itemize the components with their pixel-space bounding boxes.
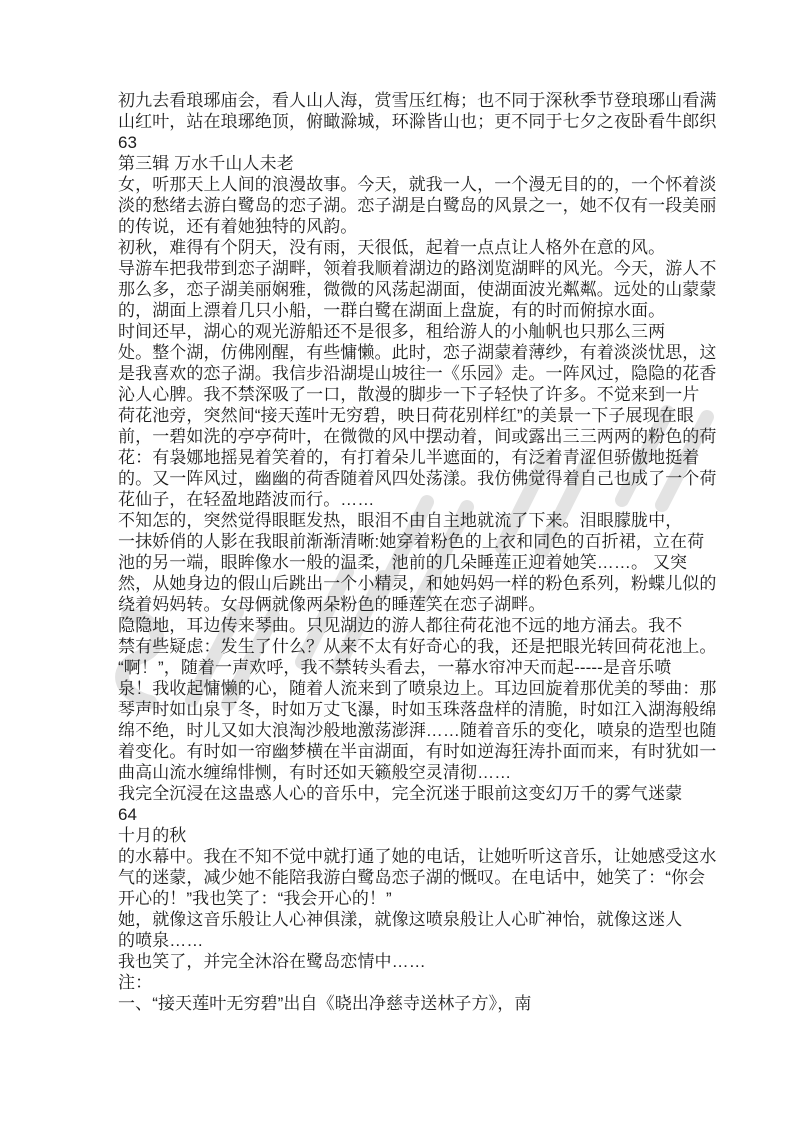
text-line: 花：有袅娜地摇晃着笑着的，有打着朵儿半遮面的，有泛着青涩但骄傲地挺着 <box>118 447 758 468</box>
text-line: 初秋，难得有个阴天，没有雨，天很低，起着一点点让人格外在意的风。 <box>118 237 758 258</box>
text-line: 的水幕中。我在不知不觉中就打通了她的电话，让她听听这音乐，让她感受这水 <box>118 846 758 867</box>
text-line: 着变化。有时如一帘幽梦横在半亩湖面，有时如逆海狂涛扑面而来，有时犹如一 <box>118 741 758 762</box>
text-line: 绕着妈妈转。女母俩就像两朵粉色的睡莲笑在恋子湖畔。 <box>118 594 758 615</box>
text-line: 琴声时如山泉丁冬，时如万丈飞瀑，时如玉珠落盘样的清脆，时如江入湖海般绵 <box>118 699 758 720</box>
text-line: 她，就像这音乐般让人心神俱漾，就像这喷泉般让人心旷神怡，就像这迷人 <box>118 909 758 930</box>
text-line: 处。整个湖，仿佛刚醒，有些慵懒。此时，恋子湖蒙着薄纱，有着淡淡忧思，这 <box>118 342 758 363</box>
text-line: 64 <box>118 804 758 825</box>
text-line: 不知怎的，突然觉得眼眶发热，眼泪不由自主地就流了下来。泪眼朦胧中， <box>118 510 758 531</box>
text-line: 的。又一阵风过，幽幽的荷香随着风四处荡漾。我仿佛觉得着自己也成了一个荷 <box>118 468 758 489</box>
text-line: 那么多，恋子湖美丽娴雅，微微的风荡起湖面，使湖面波光粼粼。远处的山蒙蒙 <box>118 279 758 300</box>
text-line: 是我喜欢的恋子湖。我信步沿湖堤山坡往一《乐园》走。一阵风过，隐隐的花香 <box>118 363 758 384</box>
text-line: 时间还早，湖心的观光游船还不是很多，租给游人的小舢帆也只那么三两 <box>118 321 758 342</box>
text-line: 我完全沉浸在这蛊惑人心的音乐中，完全沉迷于眼前这变幻万千的雾气迷蒙 <box>118 783 758 804</box>
text-block: 初九去看琅琊庙会，看人山人海，赏雪压红梅；也不同于深秋季节登琅琊山看满山红叶，站… <box>118 90 758 1014</box>
text-line: 禁有些疑虑：发生了什么？从来不太有好奇心的我，还是把眼光转回荷花池上。 <box>118 636 758 657</box>
text-line: 开心的！”我也笑了：“我会开心的！” <box>118 888 758 909</box>
text-line: 泉！我收起慵懒的心，随着人流来到了喷泉边上。耳边回旋着那优美的琴曲：那 <box>118 678 758 699</box>
text-line: 第三辑 万水千山人未老 <box>118 153 758 174</box>
text-line: 然，从她身边的假山后跳出一个小精灵，和她妈妈一样的粉色系列，粉蝶儿似的 <box>118 573 758 594</box>
text-line: 初九去看琅琊庙会，看人山人海，赏雪压红梅；也不同于深秋季节登琅琊山看满 <box>118 90 758 111</box>
text-line: 导游车把我带到恋子湖畔，领着我顺着湖边的路浏览湖畔的风光。今天，游人不 <box>118 258 758 279</box>
text-line: 十月的秋 <box>118 825 758 846</box>
text-line: 一、“接天莲叶无穷碧”出自《晓出净慈寺送林子方》，南 <box>118 993 758 1014</box>
text-line: 绵不绝，时儿又如大浪淘沙般地激荡澎湃……随着音乐的变化，喷泉的造型也随 <box>118 720 758 741</box>
text-line: 我也笑了，并完全沐浴在鹭岛恋情中…… <box>118 951 758 972</box>
text-line: 一抹娇俏的人影在我眼前渐渐清晰:她穿着粉色的上衣和同色的百折裙，立在荷 <box>118 531 758 552</box>
text-line: 前，一碧如洗的亭亭荷叶，在微微的风中摆动着，间或露出三三两两的粉色的荷 <box>118 426 758 447</box>
text-line: 花仙子，在轻盈地踏波而行。…… <box>118 489 758 510</box>
text-line: 的喷泉…… <box>118 930 758 951</box>
text-line: 曲高山流水缠绵悱恻，有时还如天籁般空灵清彻…… <box>118 762 758 783</box>
text-line: 山红叶，站在琅琊绝顶，俯瞰滁城，环滁皆山也；更不同于七夕之夜卧看牛郎织 <box>118 111 758 132</box>
text-line: 荷花池旁，突然间“接天莲叶无穷碧，映日荷花别样红”的美景一下子展现在眼 <box>118 405 758 426</box>
text-line: 气的迷蒙，减少她不能陪我游白鹭岛恋子湖的慨叹。在电话中，她笑了：“你会 <box>118 867 758 888</box>
text-line: 女，听那天上人间的浪漫故事。今天，就我一人，一个漫无目的的，一个怀着淡 <box>118 174 758 195</box>
text-line: 沁人心脾。我不禁深吸了一口，散漫的脚步一下子轻快了许多。不觉来到一片 <box>118 384 758 405</box>
text-line: “啊！”，随着一声欢呼，我不禁转头看去，一幕水帘冲天而起-----是音乐喷 <box>118 657 758 678</box>
text-line: 的，湖面上漂着几只小船，一群白鹭在湖面上盘旋，有的时而俯掠水面。 <box>118 300 758 321</box>
text-line: 注： <box>118 972 758 993</box>
text-line: 淡的愁绪去游白鹭岛的恋子湖。恋子湖是白鹭岛的风景之一，她不仅有一段美丽 <box>118 195 758 216</box>
text-line: 隐隐地，耳边传来琴曲。只见湖边的游人都往荷花池不远的地方涌去。我不 <box>118 615 758 636</box>
text-line: 池的另一端，眼眸像水一般的温柔，池前的几朵睡莲正迎着她笑……。 又突 <box>118 552 758 573</box>
document-page: 初九去看琅琊庙会，看人山人海，赏雪压红梅；也不同于深秋季节登琅琊山看满山红叶，站… <box>0 0 793 1122</box>
text-line: 的传说，还有着她独特的风韵。 <box>118 216 758 237</box>
text-line: 63 <box>118 132 758 153</box>
